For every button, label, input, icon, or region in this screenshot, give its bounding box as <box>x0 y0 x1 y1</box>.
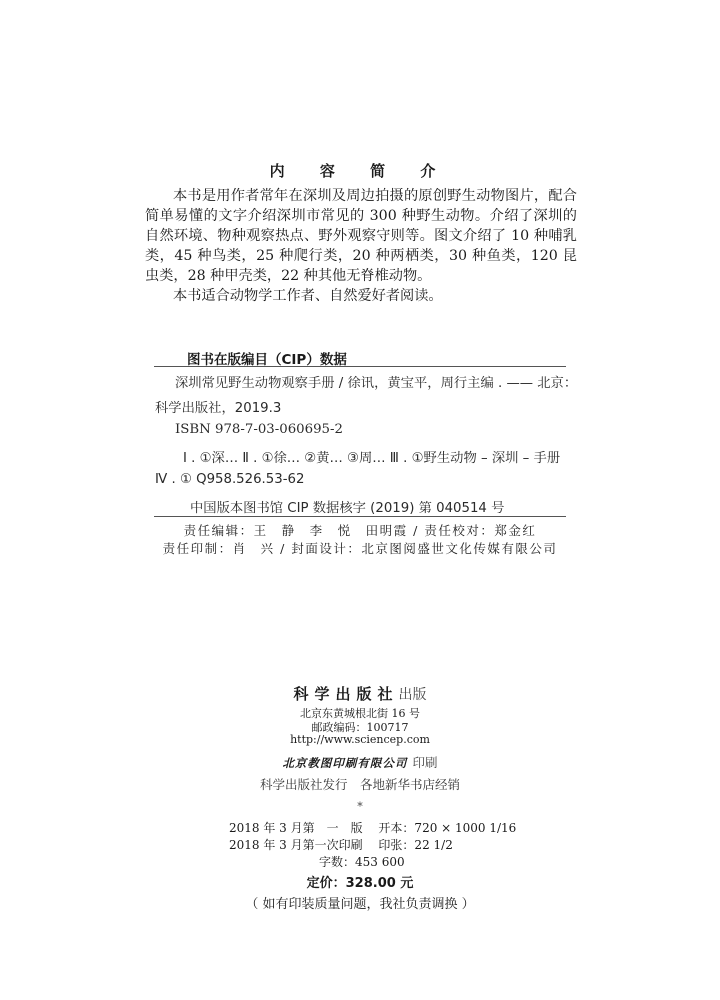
distribution-line: 科学出版社发行 各地新华书店经销 <box>0 775 720 793</box>
printer-name: 北京教图印刷有限公司 <box>282 756 407 770</box>
summary-body: 本书是用作者常年在深圳及周边拍摄的原创野生动物图片，配合简单易懂的文字介绍深圳市… <box>145 186 577 306</box>
cip-entry-line-1: 深圳常见野生动物观察手册 / 徐讯，黄宝平，周行主编 . —— 北京： <box>175 372 577 391</box>
publisher-line: 科学出版社出版 <box>0 683 720 704</box>
cip-classification-line-1: Ⅰ . ①深… Ⅱ . ①徐… ②黄… ③周… Ⅲ . ①野生动物 – 深圳 –… <box>183 447 560 466</box>
edition-line-1: 2018 年 3 月第 一 版 开本：720 × 1000 1/16 <box>229 819 516 836</box>
cip-bottom-rule <box>154 516 566 517</box>
publisher-name: 科学出版社 <box>293 685 398 703</box>
summary-paragraph-1: 本书是用作者常年在深圳及周边拍摄的原创野生动物图片，配合简单易懂的文字介绍深圳市… <box>145 186 577 286</box>
price: 定价：328.00 元 <box>0 872 720 891</box>
cip-heading: 图书在版编目（CIP）数据 <box>187 348 347 368</box>
cip-isbn: ISBN 978-7-03-060695-2 <box>175 422 343 437</box>
cip-classification-line-2: Ⅳ . ① Q958.526.53-62 <box>155 472 304 487</box>
publisher-suffix: 出版 <box>399 687 427 703</box>
quality-notice: （ 如有印装质量问题，我社负责调换 ） <box>0 893 720 912</box>
summary-paragraph-2: 本书适合动物学工作者、自然爱好者阅读。 <box>145 286 577 306</box>
word-count: 字数：453 600 <box>319 853 405 870</box>
printer-line: 北京教图印刷有限公司 印刷 <box>0 752 720 771</box>
printer-suffix: 印刷 <box>413 755 438 770</box>
credits-editors: 责任编辑：王 静 李 悦 田明霞 / 责任校对：郑金红 <box>0 521 720 539</box>
cip-number: 中国版本图书馆 CIP 数据核字 (2019) 第 040514 号 <box>190 497 504 516</box>
separator-asterisk: * <box>0 800 720 813</box>
cip-top-rule <box>154 366 566 367</box>
cip-entry-line-2: 科学出版社，2019.3 <box>155 397 281 416</box>
edition-line-2: 2018 年 3 月第一次印刷 印张：22 1/2 <box>229 836 453 853</box>
publisher-website[interactable]: http://www.sciencep.com <box>0 733 720 746</box>
credits-production: 责任印制：肖 兴 / 封面设计：北京图阅盛世文化传媒有限公司 <box>0 539 720 557</box>
summary-title: 内 容 简 介 <box>0 160 720 181</box>
